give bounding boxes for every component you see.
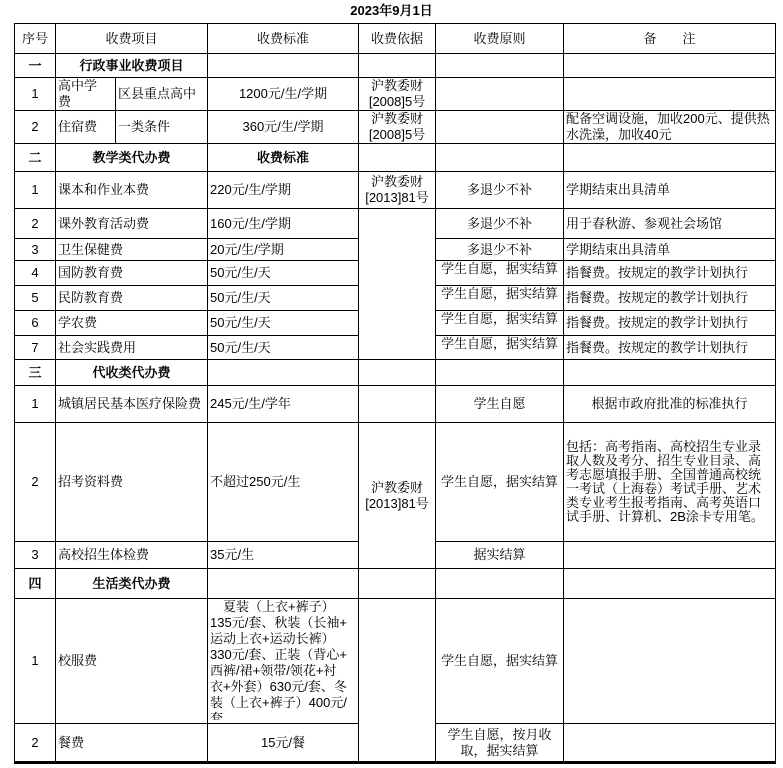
remark-cell: 根据市政府批准的标准执行 [564,386,776,423]
fee-item-sub-cell: 一类条件 [116,111,208,144]
remark-cell: 指餐费。按规定的教学计划执行 [564,286,776,311]
section-title-cell: 代收类代办费 [56,360,208,386]
fee-item-cell: 餐费 [56,724,208,763]
row-number-cell: 2 [15,423,56,542]
fee-basis-cell [359,386,436,423]
fee-principle-cell [436,360,564,386]
column-header-seq: 序号 [15,24,56,54]
row-number-cell: 6 [15,311,56,336]
remark-cell [564,569,776,599]
row-number-cell: 1 [15,172,56,209]
section-title-cell: 教学类代办费 [56,144,208,172]
remark-cell: 学期结束出具清单 [564,172,776,209]
fee-basis-cell: 沪教委财 [2008]5号 [359,111,436,144]
remark-cell [564,78,776,111]
column-header-remark: 备 注 [564,24,776,54]
table-row: 1 高中学 费 区县重点高中 1200元/生/学期 沪教委财 [2008]5号 [15,78,776,111]
section-title-cell: 行政事业收费项目 [56,54,208,78]
fee-item-cell: 课外教育活动费 [56,209,208,239]
fee-standard-cell: 15元/餐 [208,724,359,763]
fee-principle-cell [436,111,564,144]
fee-principle-cell [436,569,564,599]
row-number-cell: 3 [15,542,56,569]
section-title-cell: 生活类代办费 [56,569,208,599]
row-number-cell: 5 [15,286,56,311]
remark-cell: 配备空调设施，加收200元、提供热水洗澡，加收40元 [564,111,776,144]
row-number-cell: 2 [15,724,56,763]
row-number-cell: 7 [15,336,56,360]
fee-basis-cell: 沪教委财 [2013]81号 [359,423,436,569]
column-header-principle: 收费原则 [436,24,564,54]
fee-item-cell: 课本和作业本费 [56,172,208,209]
fee-principle-text: 学生自愿，据实结算 [438,336,561,359]
fee-standard-cell: 360元/生/学期 [208,111,359,144]
fee-item-cell: 卫生保健费 [56,239,208,261]
fee-standard-cell: 20元/生/学期 [208,239,359,261]
table-row: 1 课本和作业本费 220元/生/学期 沪教委财 [2013]81号 多退少不补… [15,172,776,209]
section-number-cell: 三 [15,360,56,386]
fee-principle-text: 学生自愿，据实结算 [438,261,561,284]
section-header-row: 四 生活类代办费 [15,569,776,599]
fee-standard-cell: 35元/生 [208,542,359,569]
fee-principle-cell: 学生自愿，据实结算 [436,286,564,311]
fee-principle-cell: 多退少不补 [436,209,564,239]
row-number-cell: 4 [15,261,56,286]
fee-standard-cell: 50元/生/天 [208,286,359,311]
fee-principle-cell: 学生自愿，据实结算 [436,423,564,542]
fee-basis-cell [359,360,436,386]
remark-cell: 用于春秋游、参观社会场馆 [564,209,776,239]
fee-basis-cell: 沪教委财 [2008]5号 [359,78,436,111]
table-row: 2 招考资料费 不超过250元/生 沪教委财 [2013]81号 学生自愿，据实… [15,423,776,542]
fee-standard-cell: 50元/生/天 [208,261,359,286]
section-header-row: 二 教学类代办费 收费标准 [15,144,776,172]
remark-cell [564,542,776,569]
fee-principle-cell [436,144,564,172]
fee-principle-cell: 学生自愿，据实结算 [436,599,564,724]
fee-item-cell: 国防教育费 [56,261,208,286]
fee-item-sub-cell: 区县重点高中 [116,78,208,111]
table-row: 2 课外教育活动费 160元/生/学期 多退少不补 用于春秋游、参观社会场馆 [15,209,776,239]
row-number-cell: 1 [15,386,56,423]
row-number-cell: 1 [15,78,56,111]
fee-principle-cell: 学生自愿，据实结算 [436,311,564,336]
remark-cell [564,724,776,763]
table-row: 1 城镇居民基本医疗保险费 245元/生/学年 学生自愿 根据市政府批准的标准执… [15,386,776,423]
fee-principle-cell: 学生自愿，据实结算 [436,261,564,286]
row-number-cell: 2 [15,111,56,144]
column-header-item: 收费项目 [56,24,208,54]
fee-item-cell: 高校招生体检费 [56,542,208,569]
remark-cell: 指餐费。按规定的教学计划执行 [564,261,776,286]
fee-standard-cell: 收费标准 [208,144,359,172]
fee-standard-cell [208,360,359,386]
header-row: 序号 收费项目 收费标准 收费依据 收费原则 备 注 [15,24,776,54]
section-number-cell: 二 [15,144,56,172]
fee-standard-cell: 不超过250元/生 [208,423,359,542]
fee-item-cell: 社会实践费用 [56,336,208,360]
section-header-row: 三 代收类代办费 [15,360,776,386]
fee-principle-cell: 学生自愿，按月收取，据实结算 [436,724,564,763]
row-number-cell: 1 [15,599,56,724]
fee-item-cell: 校服费 [56,599,208,724]
fee-item-cell: 招考资料费 [56,423,208,542]
remark-cell [564,144,776,172]
remark-cell: 学期结束出具清单 [564,239,776,261]
row-number-cell: 2 [15,209,56,239]
fee-item-cell: 民防教育费 [56,286,208,311]
fee-basis-cell [359,54,436,78]
fee-principle-cell: 多退少不补 [436,239,564,261]
remark-cell: 包括：高考指南、高校招生专业录取人数及考分、招生专业目录、高考志愿填报手册、全国… [564,423,776,542]
remark-cell [564,360,776,386]
table-row: 2 住宿费 一类条件 360元/生/学期 沪教委财 [2008]5号 配备空调设… [15,111,776,144]
column-header-standard: 收费标准 [208,24,359,54]
column-header-basis: 收费依据 [359,24,436,54]
fee-standard-cell: 50元/生/天 [208,336,359,360]
fee-standard-cell [208,569,359,599]
fee-standard-cell: 50元/生/天 [208,311,359,336]
fee-standard-text: 夏装（上衣+裤子） 135元/套、秋装（长袖+ 运动上衣+运动长裤） 330元/… [210,599,356,720]
fee-item-cell: 学农费 [56,311,208,336]
fee-basis-cell [359,209,436,360]
fee-principle-cell [436,54,564,78]
remark-cell [564,54,776,78]
fee-standard-cell [208,54,359,78]
fee-basis-cell [359,569,436,599]
fee-standard-cell: 220元/生/学期 [208,172,359,209]
fee-principle-cell [436,78,564,111]
remark-cell: 指餐费。按规定的教学计划执行 [564,311,776,336]
fee-principle-text: 学生自愿，据实结算 [438,286,561,309]
fee-principle-cell: 学生自愿 [436,386,564,423]
section-number-cell: 一 [15,54,56,78]
fee-basis-cell: 沪教委财 [2013]81号 [359,172,436,209]
fee-principle-cell: 据实结算 [436,542,564,569]
row-number-cell: 3 [15,239,56,261]
fee-item-cell: 住宿费 [56,111,116,144]
fee-standard-cell: 夏装（上衣+裤子） 135元/套、秋装（长袖+ 运动上衣+运动长裤） 330元/… [208,599,359,724]
remark-cell: 指餐费。按规定的教学计划执行 [564,336,776,360]
remark-cell [564,599,776,724]
fee-standard-cell: 160元/生/学期 [208,209,359,239]
fee-schedule-page: 2023年9月1日 序号 收费项目 收费标准 收费依据 收费原则 备 注 一 行… [0,0,783,768]
section-header-row: 一 行政事业收费项目 [15,54,776,78]
fee-principle-text: 学生自愿，据实结算 [438,311,561,334]
fee-principle-cell: 学生自愿，据实结算 [436,336,564,360]
fee-item-cell: 高中学 费 [56,78,116,111]
fee-standard-cell: 245元/生/学年 [208,386,359,423]
fee-principle-cell: 多退少不补 [436,172,564,209]
section-number-cell: 四 [15,569,56,599]
date-title: 2023年9月1日 [0,0,783,20]
fee-basis-cell [359,599,436,763]
fee-basis-cell [359,144,436,172]
fee-standard-cell: 1200元/生/学期 [208,78,359,111]
fee-item-cell: 城镇居民基本医疗保险费 [56,386,208,423]
table-row: 1 校服费 夏装（上衣+裤子） 135元/套、秋装（长袖+ 运动上衣+运动长裤）… [15,599,776,724]
fee-table: 序号 收费项目 收费标准 收费依据 收费原则 备 注 一 行政事业收费项目 1 … [14,23,776,764]
